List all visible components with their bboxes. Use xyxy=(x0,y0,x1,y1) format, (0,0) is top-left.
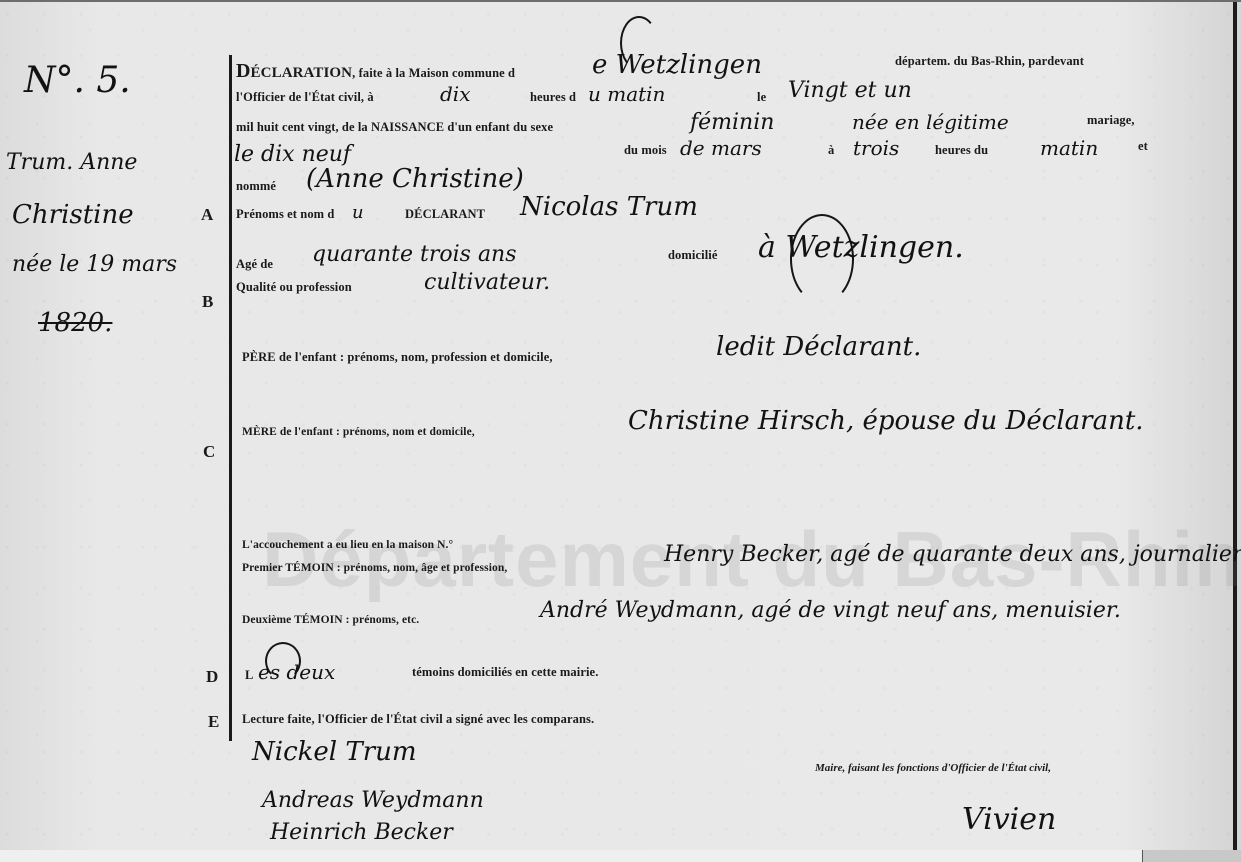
heures-du-label: heures du xyxy=(935,143,988,158)
domicile-label: domicilié xyxy=(668,248,718,263)
declaration-period: u matin xyxy=(588,82,665,106)
father-label: PÈRE de l'enfant : prénoms, nom, profess… xyxy=(242,350,553,365)
child-name: (Anne Christine) xyxy=(306,164,524,194)
mayor-caption: Maire, faisant les fonctions d'Officier … xyxy=(815,762,1051,774)
legitimacy: née en légitime xyxy=(852,110,1009,134)
reading-statement: Lecture faite, l'Officier de l'État civi… xyxy=(242,712,594,727)
profession-label: Qualité ou profession xyxy=(236,280,352,295)
declarant-caps: DÉCLARANT xyxy=(405,207,485,222)
birth-month: de mars xyxy=(680,136,762,160)
mariage-label: mariage, xyxy=(1087,113,1135,128)
margin-birth-line: née le 19 mars xyxy=(12,252,177,277)
declarant-suffix: u xyxy=(352,202,364,223)
declarant-age: quarante trois ans xyxy=(312,242,517,267)
margin-name-line2: Christine xyxy=(12,200,134,230)
le-label: le xyxy=(757,90,766,105)
margin-rule xyxy=(229,55,232,741)
child-sex: féminin xyxy=(690,110,774,135)
scanned-document-page: Département du Bas-Rhin N°. 5. Trum. Ann… xyxy=(0,0,1241,850)
et-label: et xyxy=(1138,139,1148,154)
father-value: ledit Déclarant. xyxy=(716,332,921,362)
department-text: départem. du Bas-Rhin, pardevant xyxy=(895,54,1084,69)
witness1-value: Henry Becker, agé de quarante deux ans, … xyxy=(664,542,1241,567)
mother-value: Christine Hirsch, épouse du Déclarant. xyxy=(628,406,1144,436)
witness-line-text: témoins domiciliés en cette mairie. xyxy=(412,665,598,680)
declarant-domicile: à Wetzlingen. xyxy=(758,230,964,265)
commune-name: e Wetzlingen xyxy=(592,50,762,80)
signature-witness1: Heinrich Becker xyxy=(270,820,453,845)
declarant-name: Nicolas Trum xyxy=(520,192,698,222)
declarant-label: Prénoms et nom d xyxy=(236,207,334,222)
declaration-hour: dix xyxy=(440,82,470,106)
witness1-label: Premier TÉMOIN : prénoms, nom, âge et pr… xyxy=(242,562,507,574)
birth-text: mil huit cent vingt, de la NAISSANCE d'u… xyxy=(236,120,553,135)
margin-letter-b: B xyxy=(202,292,213,312)
declarant-profession: cultivateur. xyxy=(424,270,550,295)
birthplace-label: L'accouchement a eu lieu en la maison N.… xyxy=(242,539,453,551)
margin-letter-a: A xyxy=(201,205,213,225)
age-label: Agé de xyxy=(236,257,273,272)
birth-hour: trois xyxy=(853,136,899,160)
birth-period: matin xyxy=(1040,136,1098,160)
margin-letter-c: C xyxy=(203,442,215,462)
a-label: à xyxy=(828,143,834,158)
witness2-label: Deuxième TÉMOIN : prénoms, etc. xyxy=(242,614,419,626)
margin-letter-d: D xyxy=(206,667,218,687)
witness-line-value: es deux xyxy=(258,660,335,684)
mois-label: du mois xyxy=(624,143,667,158)
margin-letter-e: E xyxy=(208,712,219,732)
mother-label: MÈRE de l'enfant : prénoms, nom et domic… xyxy=(242,426,475,438)
heures-label: heures d xyxy=(530,90,576,105)
horizontal-scrollbar[interactable] xyxy=(0,850,1241,862)
mayor-signature: Vivien xyxy=(962,802,1056,837)
margin-name-line1: Trum. Anne xyxy=(6,150,137,175)
signature-declarant: Nickel Trum xyxy=(252,737,417,767)
signature-witness2: Andreas Weydmann xyxy=(262,788,484,813)
witness2-value: André Weydmann, agé de vingt neuf ans, m… xyxy=(540,598,1121,623)
declaration-date: Vingt et un xyxy=(788,78,912,103)
officer-text: l'Officier de l'État civil, à xyxy=(236,90,374,105)
margin-year: 1820. xyxy=(38,308,112,338)
record-number: N°. 5. xyxy=(24,60,131,101)
nomme-label: nommé xyxy=(236,179,276,194)
witness-line-prefix: L xyxy=(245,668,253,683)
page-edge xyxy=(1233,2,1237,850)
scrollbar-thumb[interactable] xyxy=(1142,850,1241,862)
declaration-heading: DÉCLARATION, faite à la Maison commune d xyxy=(236,60,515,83)
